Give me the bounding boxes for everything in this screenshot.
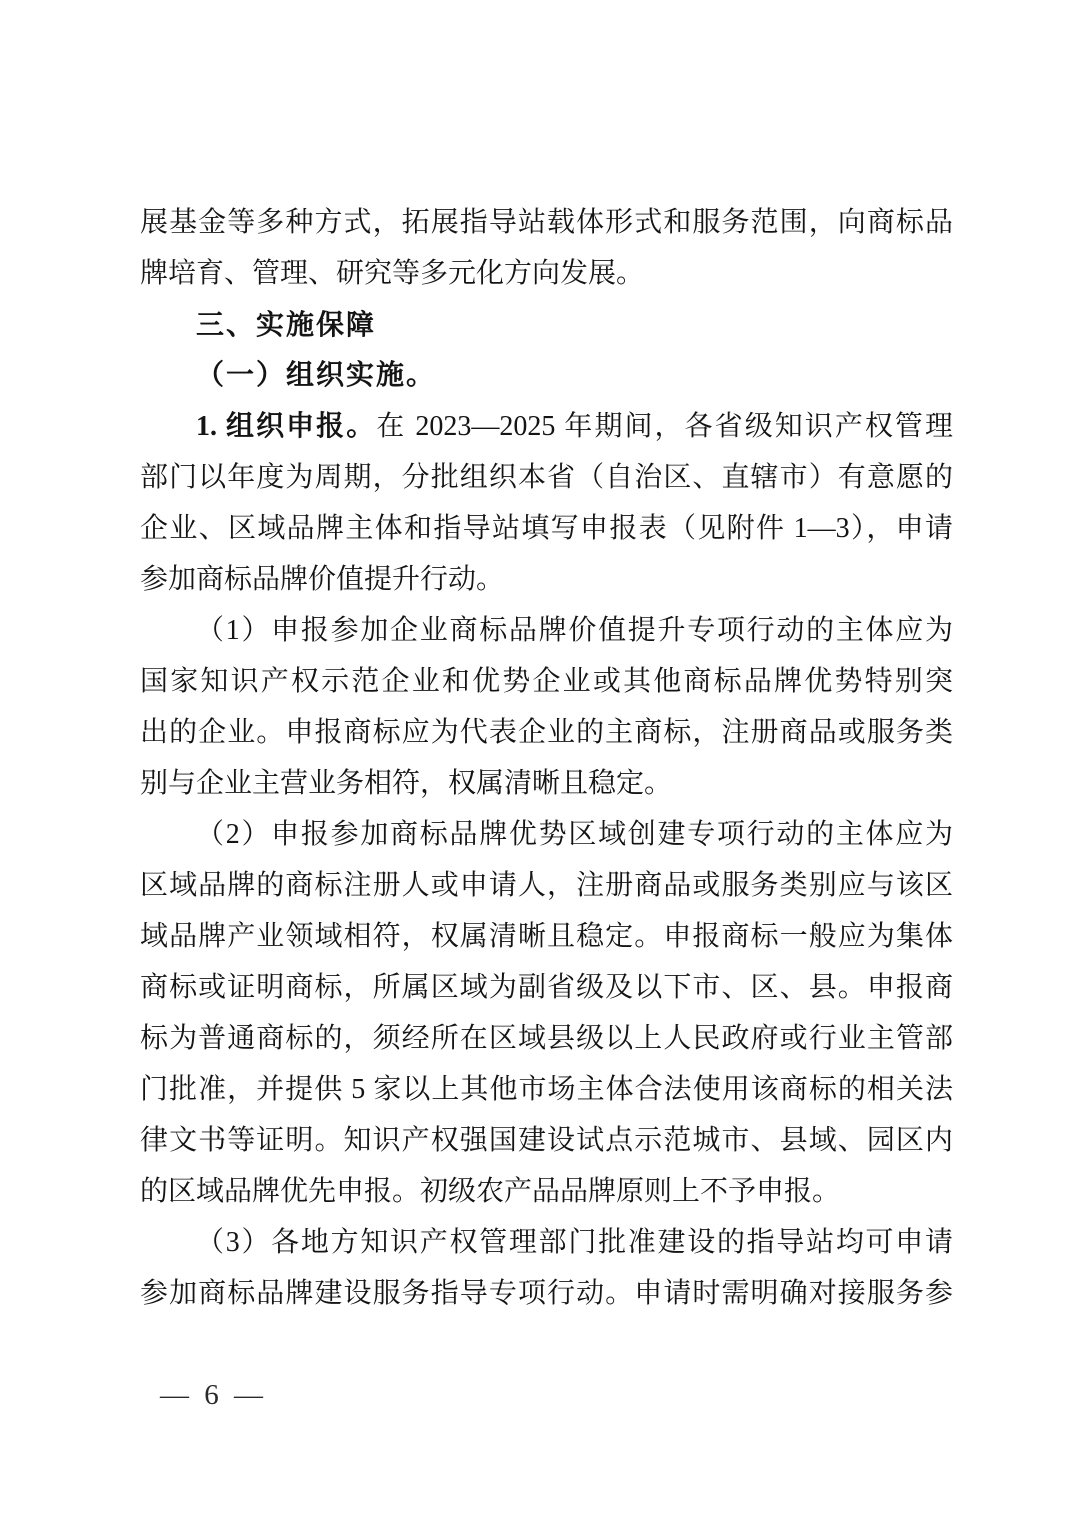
document-text: 展基金等多种方式，拓展指导站载体形式和服务范围，向商标品牌培育、管理、研究等多元… <box>140 197 953 1319</box>
text-line: 企业、区域品牌主体和指导站填写申报表（见附件 1—3），申请 <box>140 503 953 554</box>
page: 展基金等多种方式，拓展指导站载体形式和服务范围，向商标品牌培育、管理、研究等多元… <box>0 0 1080 1527</box>
text-line: 牌培育、管理、研究等多元化方向发展。 <box>140 248 953 299</box>
text-line: 出的企业。申报商标应为代表企业的主商标，注册商品或服务类 <box>140 707 953 758</box>
text-line: （1）申报参加企业商标品牌价值提升专项行动的主体应为 <box>140 605 953 656</box>
text-line: （一）组织实施。 <box>140 350 953 401</box>
text-line: 别与企业主营业务相符，权属清晰且稳定。 <box>140 758 953 809</box>
text-line: 参加商标品牌建设服务指导专项行动。申请时需明确对接服务参 <box>140 1268 953 1319</box>
page-footer: — 6 — <box>160 1374 267 1416</box>
text-line: 展基金等多种方式，拓展指导站载体形式和服务范围，向商标品 <box>140 197 953 248</box>
text-line: （2）申报参加商标品牌优势区域创建专项行动的主体应为 <box>140 809 953 860</box>
text-line: 门批准，并提供 5 家以上其他市场主体合法使用该商标的相关法 <box>140 1064 953 1115</box>
text-line: 标为普通商标的，须经所在区域县级以上人民政府或行业主管部 <box>140 1013 953 1064</box>
text-line: 商标或证明商标，所属区域为副省级及以下市、区、县。申报商 <box>140 962 953 1013</box>
text-line: 三、实施保障 <box>140 299 953 350</box>
text-line: 1. 组织申报。在 2023—2025 年期间，各省级知识产权管理 <box>140 401 953 452</box>
text-line: 的区域品牌优先申报。初级农产品品牌原则上不予申报。 <box>140 1166 953 1217</box>
text-line: 律文书等证明。知识产权强国建设试点示范城市、县域、园区内 <box>140 1115 953 1166</box>
page-number: — 6 — <box>160 1379 267 1411</box>
text-line: 区域品牌的商标注册人或申请人，注册商品或服务类别应与该区 <box>140 860 953 911</box>
text-line: 参加商标品牌价值提升行动。 <box>140 554 953 605</box>
text-line: 国家知识产权示范企业和优势企业或其他商标品牌优势特别突 <box>140 656 953 707</box>
text-line: 部门以年度为周期，分批组织本省（自治区、直辖市）有意愿的 <box>140 452 953 503</box>
text-line: 域品牌产业领域相符，权属清晰且稳定。申报商标一般应为集体 <box>140 911 953 962</box>
text-line: （3）各地方知识产权管理部门批准建设的指导站均可申请 <box>140 1217 953 1268</box>
